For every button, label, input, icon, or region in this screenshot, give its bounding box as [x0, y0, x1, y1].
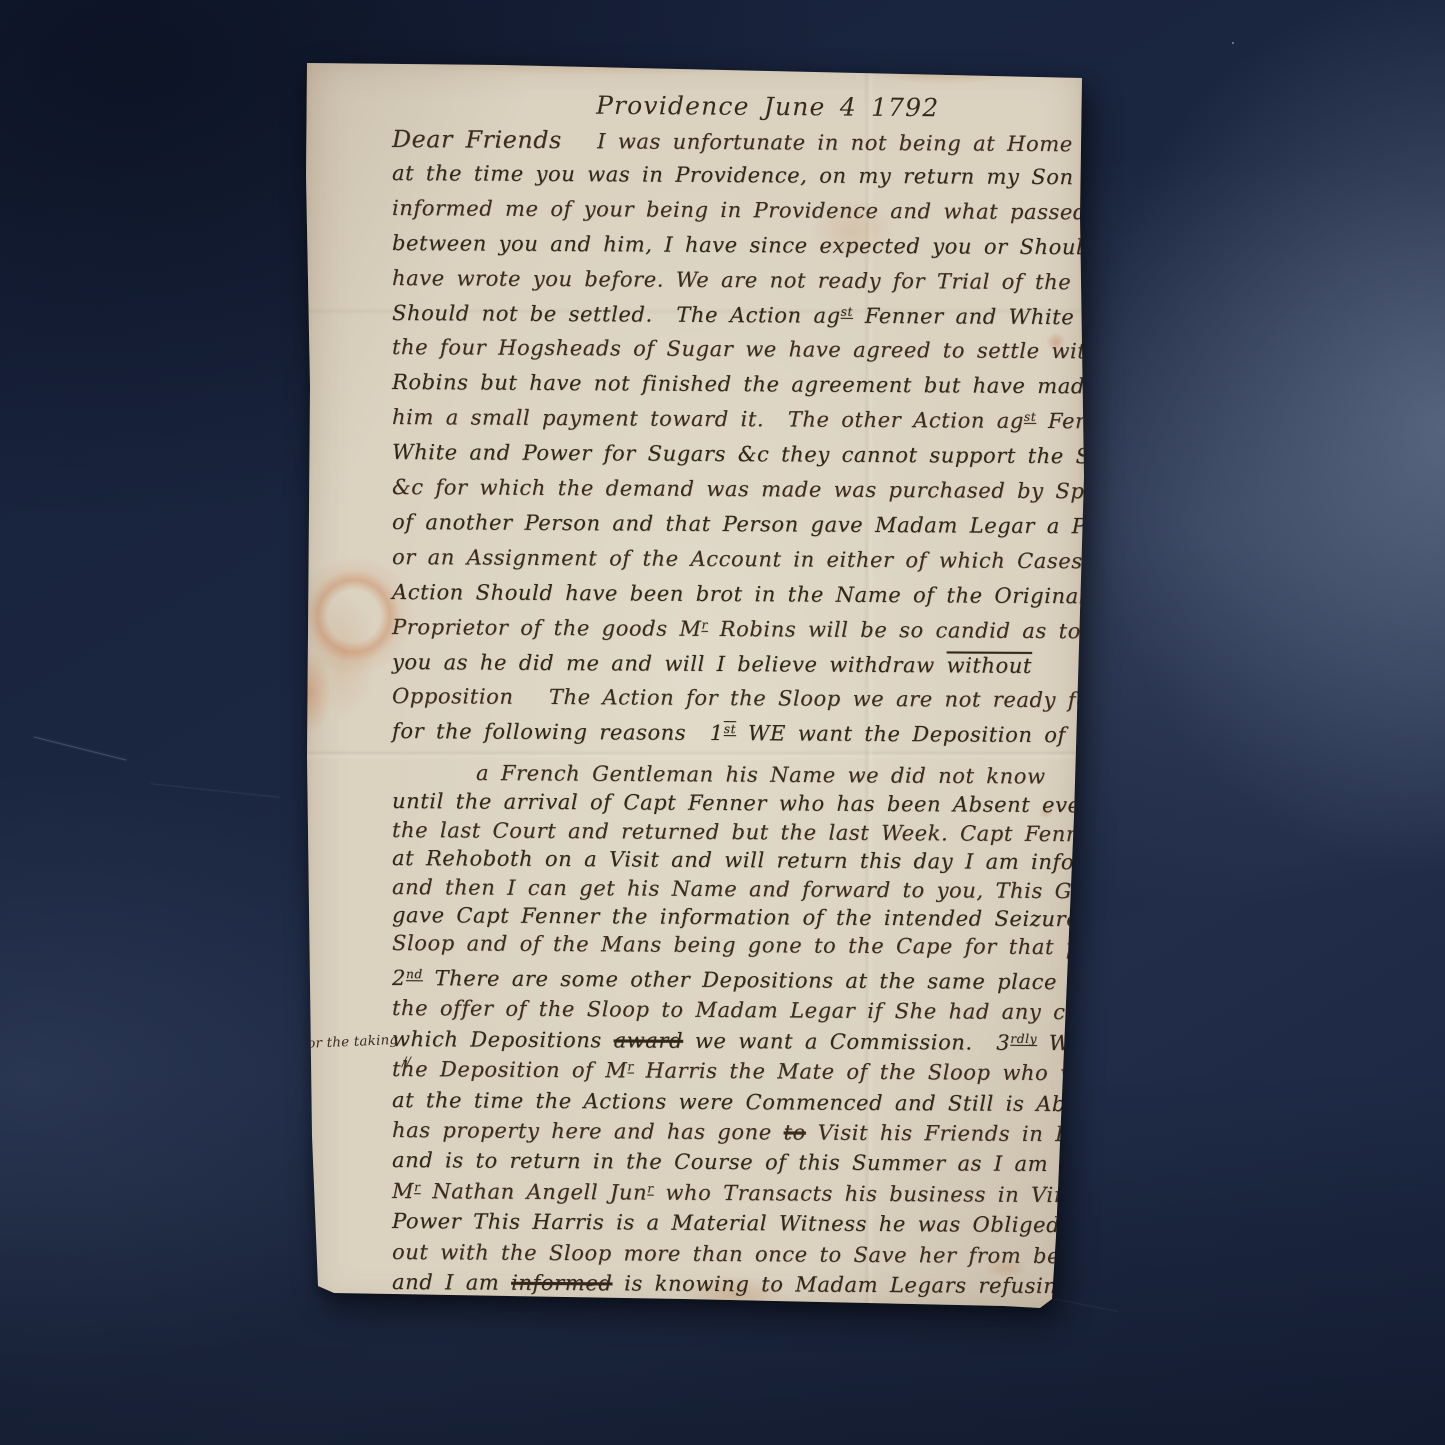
scratch-mark: [33, 736, 126, 760]
dust-speck: [1232, 42, 1234, 44]
letter-line: and is to return in the Course of this S…: [392, 1150, 1097, 1175]
letter-line: the last Court and returned but the last…: [392, 820, 1097, 845]
letter-line: Proprietor of the goods Mr Robins will b…: [392, 617, 1097, 642]
letter-line: of another Person and that Person gave M…: [392, 512, 1097, 537]
letter-line: Should not be settled. The Action agst F…: [392, 303, 1097, 328]
letter-line: has property here and has gone to Visit …: [392, 1120, 1097, 1145]
letter-line: have wrote you before. We are not ready …: [392, 268, 1097, 293]
margin-note: for the taking: [302, 1032, 399, 1052]
letter-line: him a small payment toward it. The other…: [392, 407, 1097, 432]
letter-line: 2nd There are some other Depositions at …: [392, 968, 1097, 993]
letter-line: or an Assignment of the Account in eithe…: [392, 547, 1097, 572]
letter-line: the four Hogsheads of Sugar we have agre…: [392, 337, 1097, 362]
letter-line: Sloop and of the Mans being gone to the …: [392, 933, 1097, 958]
letter-paper: Providence June 4 1792 Dear Friends I wa…: [304, 56, 1086, 1314]
photo-backdrop: Providence June 4 1792 Dear Friends I wa…: [0, 0, 1445, 1445]
letter-line: until the arrival of Capt Fenner who has…: [392, 791, 1097, 816]
letter-line: Power This Harris is a Material Witness …: [392, 1211, 1097, 1236]
letter-line: Mr Nathan Angell Junr who Transacts his …: [392, 1181, 1097, 1206]
letter-line: gave Capt Fenner the information of the …: [392, 905, 1097, 930]
letter-line: which Depositions award we want a Commis…: [392, 1029, 1097, 1054]
letter-line: and then I can get his Name and forward …: [392, 877, 1097, 902]
letter-line: the Deposition of Mr Harris the Mate of …: [392, 1059, 1097, 1084]
letter-line: at Rehoboth on a Visit and will return t…: [392, 848, 1097, 873]
letter-line: between you and him, I have since expect…: [392, 233, 1097, 258]
letter-dateline: Providence June 4 1792: [596, 91, 940, 122]
letter-line: informed me of your being in Providence …: [392, 198, 1097, 223]
letter-line: &c for which the demand was made was pur…: [392, 477, 1097, 502]
letter-line: Dear Friends I was unfortunate in not be…: [392, 128, 1097, 156]
letter-line: White and Power for Sugars &c they canno…: [392, 442, 1097, 467]
letter-line: at the time the Actions were Commenced a…: [392, 1090, 1097, 1115]
letter-line: you as he did me and will I believe with…: [392, 652, 1097, 677]
letter-line: Opposition The Action for the Sloop we a…: [392, 686, 1097, 711]
letter-line: Action Should have been brot in the Name…: [392, 582, 1097, 607]
letter-line: Robins but have not finished the agreeme…: [392, 372, 1097, 397]
letter-line: for the following reasons 1st WE want th…: [392, 721, 1097, 746]
letter-line: the offer of the Sloop to Madam Legar if…: [392, 998, 1097, 1023]
letter-line: and I am informed is knowing to Madam Le…: [392, 1272, 1097, 1297]
letter-line: at the time you was in Providence, on my…: [392, 163, 1097, 188]
caret-mark: ∕∕: [402, 1055, 411, 1070]
letter-line: out with the Sloop more than once to Sav…: [392, 1242, 1097, 1267]
letter-line: a French Gentleman his Name we did not k…: [476, 763, 1181, 788]
paper-shadow: Providence June 4 1792 Dear Friends I wa…: [304, 56, 1086, 1314]
scratch-mark: [150, 783, 279, 798]
